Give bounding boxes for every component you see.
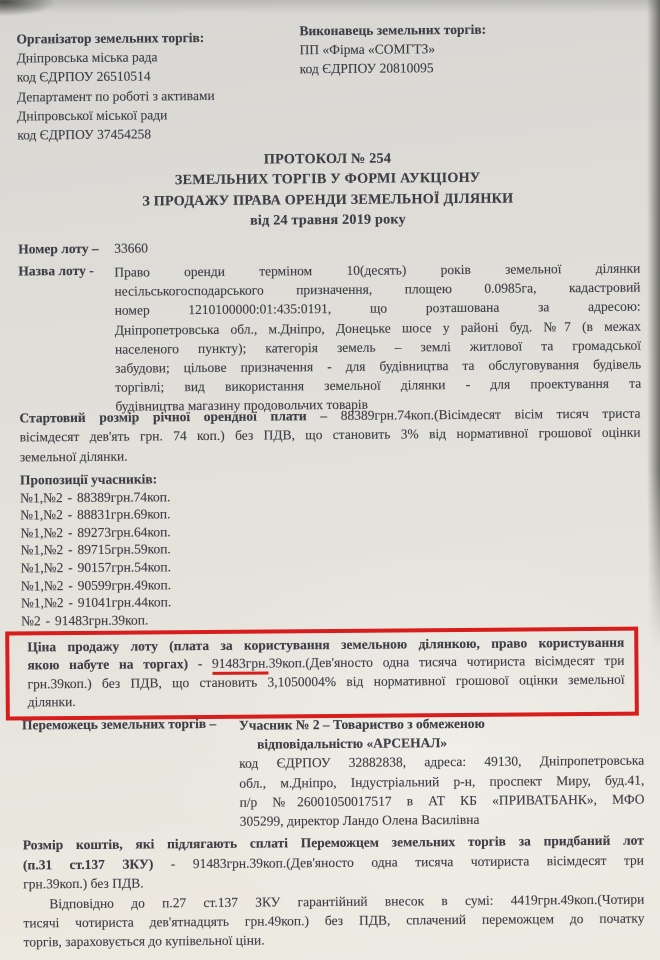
highlight-rectangle: Ціна продажу лоту (плата за користування… — [5, 627, 639, 721]
winner-label: Переможець земельних торгів – — [22, 716, 240, 833]
bid-row: №2 - 91483грн.39коп. — [21, 610, 341, 630]
protocol-document: Організатор земельних торгів: Дніпровськ… — [0, 0, 660, 960]
lot-name-row: Назва лоту - Право оренди терміном 10(де… — [18, 259, 641, 418]
guarantee-line: торгів, зараховується до купівельної цін… — [24, 928, 645, 952]
organizer-line: код ЄДРПОУ 37454258 — [17, 123, 289, 144]
winner-block: Переможець земельних торгів – Учасник № … — [22, 713, 645, 833]
paper-right-edge — [647, 0, 660, 650]
payment-lead: (п.31 ст.137 ЗКУ) — [23, 856, 153, 872]
lot-name-label: Назва лоту - — [18, 263, 115, 417]
lot-name-text: Право оренди терміном 10(десять) років з… — [114, 259, 641, 417]
executor-title: Виконавець земельних торгів: — [299, 19, 609, 41]
lot-number-label: Номер лоту – — [18, 241, 114, 258]
winner-detail-line: 305299, директор Ландо Олена Василівна — [240, 809, 645, 831]
lot-number-row: Номер лоту – 33660 — [18, 237, 638, 258]
start-price-paragraph: Стартовий розмір річної орендної плати –… — [19, 404, 640, 467]
document-photo: Організатор земельних торгів: Дніпровськ… — [0, 0, 660, 960]
executor-line: ПП «Фірма «СОМГТЗ» — [300, 38, 610, 60]
bids-block: Пропозиції учасників: №1,№2 - 88389грн.7… — [20, 469, 341, 630]
winner-details: Учасник № 2 – Товариство з обмеженою від… — [239, 713, 645, 831]
start-price-label: Стартовий розмір річної орендної плати – — [19, 408, 327, 425]
sale-price-lead: Ціна продажу лоту (плата за користування… — [27, 635, 624, 655]
payment-paragraph: Розмір коштів, які підлягають сплаті Пер… — [23, 831, 644, 895]
start-price-line: земельної ділянки. — [20, 442, 641, 466]
organizer-line: код ЄДРПОУ 26510514 — [17, 66, 289, 87]
photo-corner-smudge — [0, 0, 86, 32]
organizer-line: Дніпровська міська рада — [17, 47, 289, 68]
protocol-date-line: від 24 травня 2019 року — [58, 208, 598, 233]
lot-number-value: 33660 — [114, 240, 148, 256]
protocol-title: ПРОТОКОЛ № 254 ЗЕМЕЛЬНИХ ТОРГІВ У ФОРМІ … — [57, 147, 598, 233]
organizer-line: Департамент по роботі з активами — [17, 85, 289, 106]
winner-detail-line: п/р №26001050017517 в АТ КБ «ПРИВАТБАНК»… — [239, 789, 644, 811]
winner-detail-line: код ЄДРПОУ 32882838, адреса: 49130, Дніп… — [239, 751, 644, 773]
highlighted-sale-price: 91483грн. — [212, 656, 269, 675]
executor-line: код ЄДРПОУ 20810095 — [300, 57, 610, 79]
sale-price-lead: якою набуте на торгах) - — [27, 656, 212, 672]
guarantee-paragraph: Відповідно до п.27 ст.137 ЗКУ гарантійни… — [23, 890, 644, 952]
organizer-line: Дніпровської міської ради — [17, 104, 289, 125]
photo-top-shadow — [0, 0, 660, 14]
sale-price-text: 39коп.(Дев'яносто одна тисяча чотириста … — [269, 653, 625, 671]
executor-block: Виконавець земельних торгів: ПП «Фірма «… — [299, 19, 609, 79]
payment-lead: Розмір коштів, які підлягають сплаті Пер… — [23, 833, 644, 853]
start-price-value: 88389грн.74коп.(Вісімдесят вісім тисяч т… — [327, 406, 641, 423]
payment-text: - 91483грн.39коп.(Дев'яносто одна тисяча… — [153, 852, 644, 871]
organizer-block: Організатор земельних торгів: Дніпровськ… — [16, 27, 289, 144]
